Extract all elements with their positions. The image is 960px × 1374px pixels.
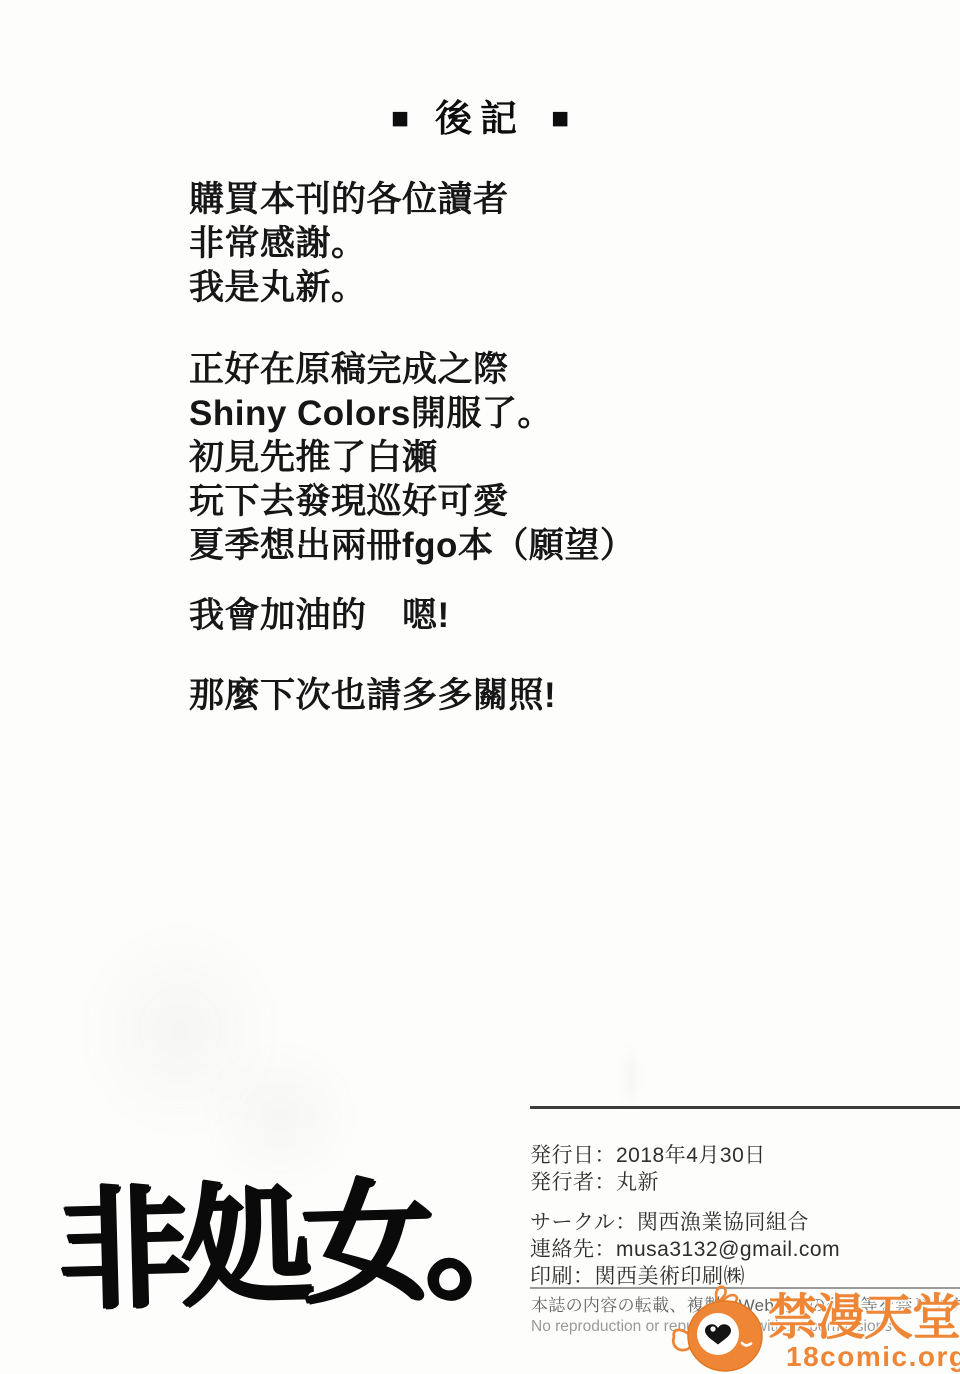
afterword-line: 初見先推了白瀬: [189, 436, 635, 480]
colophon-line-circle: サークル：関西漁業協同組合: [530, 1209, 960, 1236]
afterword-line: 那麼下次也請多多關照!: [189, 674, 556, 718]
watermark: 禁漫天堂 18comic.org: [660, 1275, 960, 1374]
watermark-site-name: 禁漫天堂: [768, 1293, 960, 1343]
afterword-paragraph-1: 購買本刊的各位讀者 非常感謝。 我是丸新。: [189, 178, 509, 310]
circle-logo-calligraphy: 非処女。: [56, 1164, 540, 1327]
square-bullet-icon: ■: [391, 100, 409, 138]
divider: [530, 1106, 960, 1109]
afterword-paragraph-4: 那麼下次也請多多關照!: [189, 674, 556, 718]
afterword-line: Shiny Colors開服了。: [189, 392, 635, 436]
colophon-line-publisher: 発行者：丸新: [530, 1169, 960, 1196]
square-bullet-icon: ■: [551, 100, 569, 138]
colophon-line-publish-date: 発行日：2018年4月30日: [530, 1142, 960, 1169]
afterword-line: 我是丸新。: [189, 266, 509, 310]
afterword-line: 我會加油的 嗯!: [189, 594, 450, 638]
page-title-text: 後記: [435, 100, 525, 138]
afterword-paragraph-3: 我會加油的 嗯!: [189, 594, 450, 638]
page-title: ■ 後記 ■: [0, 100, 960, 138]
scan-smudge: [40, 880, 320, 1180]
afterword-paragraph-2: 正好在原稿完成之際 Shiny Colors開服了。 初見先推了白瀬 玩下去發現…: [189, 348, 635, 568]
colophon-publish-block: 発行日：2018年4月30日 発行者：丸新 サークル：関西漁業協同組合 連絡先：…: [530, 1142, 960, 1290]
afterword-line: 正好在原稿完成之際: [189, 348, 635, 392]
afterword-line: 夏季想出兩冊fgo本（願望）: [189, 524, 635, 568]
colophon: 発行日：2018年4月30日 発行者：丸新 サークル：関西漁業協同組合 連絡先：…: [530, 1106, 960, 1290]
afterword-line: 購買本刊的各位讀者: [189, 178, 509, 222]
colophon-line-contact: 連絡先：musa3132@gmail.com: [530, 1236, 960, 1263]
afterword-page: ■ 後記 ■ 購買本刊的各位讀者 非常感謝。 我是丸新。 正好在原稿完成之際 S…: [0, 0, 960, 1374]
mascot-icon: [668, 1279, 772, 1374]
afterword-line: 玩下去發現巡好可愛: [189, 480, 635, 524]
afterword-line: 非常感謝。: [189, 222, 509, 266]
watermark-site-url: 18comic.org: [786, 1343, 960, 1371]
